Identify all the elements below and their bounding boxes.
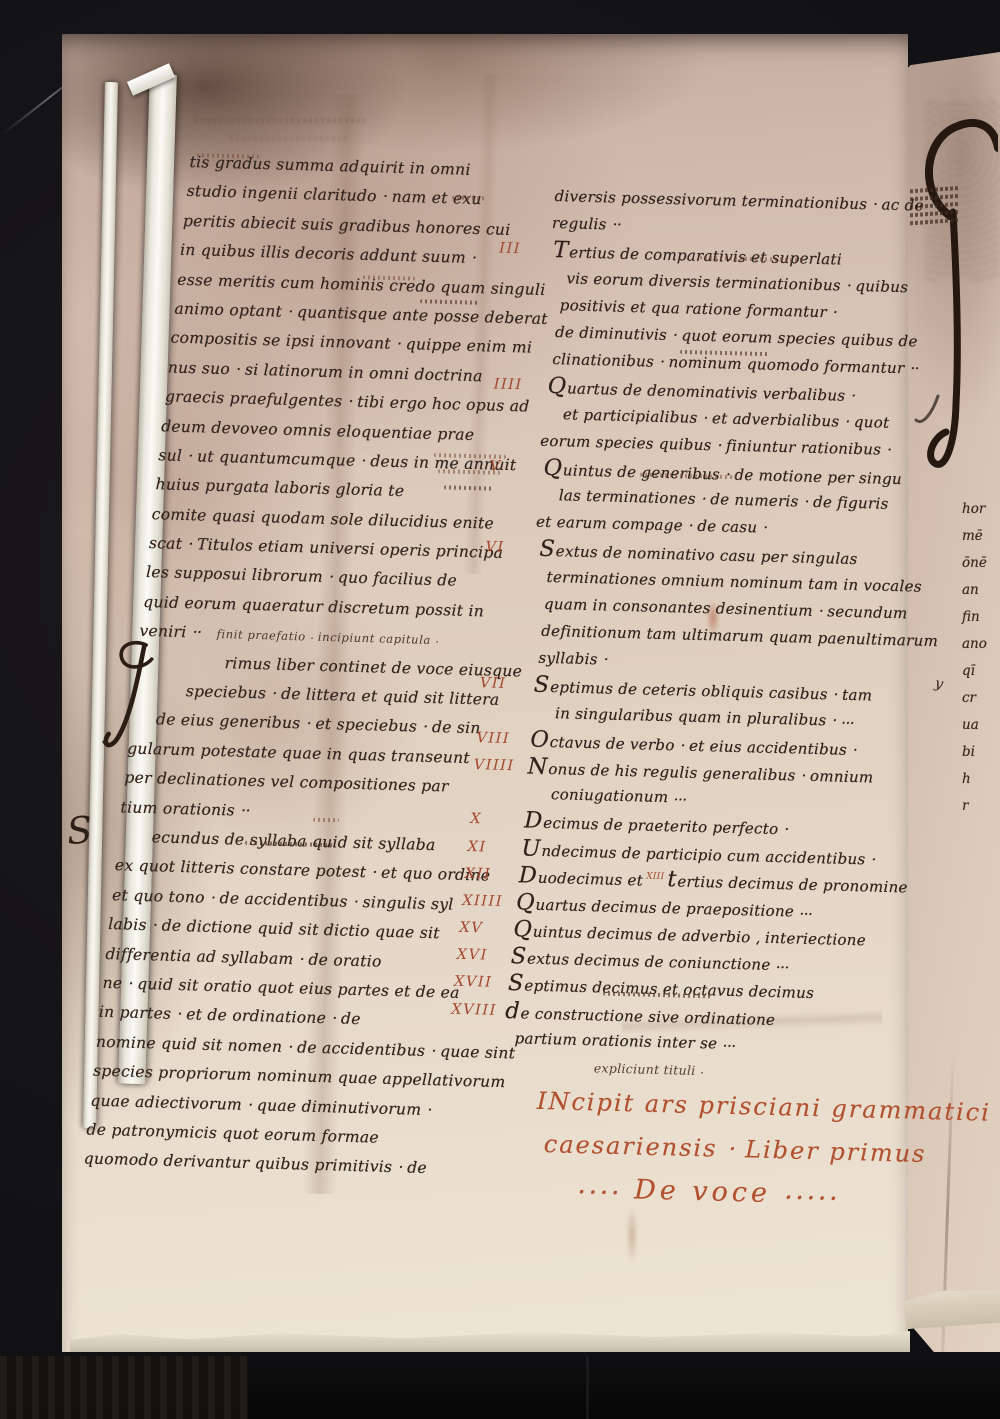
manuscript-line: an	[962, 577, 987, 604]
line-text: hor	[962, 496, 985, 523]
chapter-numeral: XVIII	[451, 996, 502, 1025]
line-text: fin	[962, 604, 980, 631]
line-text: h	[962, 766, 971, 793]
chapter-numeral: VIIII	[473, 752, 524, 781]
line-text: r	[962, 793, 968, 820]
manuscript-line: cr	[962, 685, 987, 712]
chapter-numeral: XVI	[456, 942, 507, 971]
case-seam	[586, 1356, 589, 1419]
chapter-numeral: XII	[465, 861, 516, 890]
brown-stain	[626, 1205, 638, 1265]
manuscript-line: ōnē	[962, 550, 987, 577]
decorated-initial-p	[898, 96, 998, 496]
manuscript-line: ano	[962, 631, 987, 658]
manuscript-line: ua	[962, 712, 987, 739]
interlinear-gloss	[452, 196, 486, 201]
small-colophon-text: finit praefatio ⸳ incipiunt capitula ⸳	[216, 627, 439, 647]
cutoff-text-fragments: hormēōnēanfinanoqīcruabihr	[962, 496, 987, 820]
manuscript-photo-scene: hormēōnēanfinanoqīcruabihr S tis gradus …	[0, 0, 1000, 1419]
left-text-column: S tis gradus summa adquirit in omnistudi…	[161, 148, 560, 1187]
line-text: syllabis ⸱	[538, 645, 607, 674]
line-text: an	[962, 577, 979, 604]
line-text: expliciunt tituli ⸳	[593, 1054, 703, 1084]
line-text: cr	[962, 685, 976, 712]
manuscript-line: ⸳⸳⸳⸳ De voce ⸳⸳⸳⸳⸳	[576, 1167, 889, 1218]
chapter-numeral: VIII	[476, 725, 527, 754]
chapter-numeral: XV	[459, 915, 510, 944]
line-text: tium orationis ⸱⸱	[120, 793, 249, 826]
manuscript-line: fin	[962, 604, 987, 631]
chapter-numeral: XIIII	[462, 888, 513, 917]
manuscript-line: bi	[962, 739, 987, 766]
line-text: coniugationum ⸳⸳⸳	[551, 781, 687, 812]
manuscript-line: hor	[962, 496, 987, 523]
manuscript-line: mē	[962, 523, 987, 550]
chapter-numeral: VII	[479, 671, 530, 700]
line-text: ōnē	[962, 550, 987, 577]
chapter-numeral: XI	[467, 833, 518, 862]
line-text: mē	[962, 523, 983, 550]
line-text: regulis ⸱⸱	[552, 210, 621, 239]
superscript-numeral: XIII	[646, 871, 665, 881]
line-text: qī	[962, 658, 975, 685]
interlinear-gloss	[313, 818, 339, 823]
initial-s-secundus: S	[65, 808, 94, 853]
manuscript-line: h	[962, 766, 987, 793]
manuscript-line: r	[962, 793, 987, 820]
chapter-numeral: VI	[485, 535, 536, 564]
chapter-numeral: IIII	[493, 372, 544, 401]
line-text: bi	[962, 739, 975, 766]
line-text: partium orationis inter se ⸳⸳⸳	[514, 1025, 735, 1058]
line-text: ⸳⸳⸳⸳ De voce ⸳⸳⸳⸳⸳	[576, 1167, 840, 1217]
woven-texture-object	[0, 1356, 248, 1419]
ink-bleedthrough	[195, 118, 365, 123]
line-text: ano	[962, 631, 987, 658]
chapter-numeral: XVII	[454, 969, 505, 998]
line-text: ua	[962, 712, 979, 739]
chapter-numeral: X	[470, 806, 521, 835]
manuscript-line: qī	[962, 658, 987, 685]
right-text-column: diversis possessivorum terminationibus ⸱…	[528, 183, 915, 1218]
chapter-numeral: III	[499, 236, 550, 265]
line-text: veniri ⸱⸱	[139, 617, 201, 648]
ink-bleedthrough	[230, 136, 350, 141]
